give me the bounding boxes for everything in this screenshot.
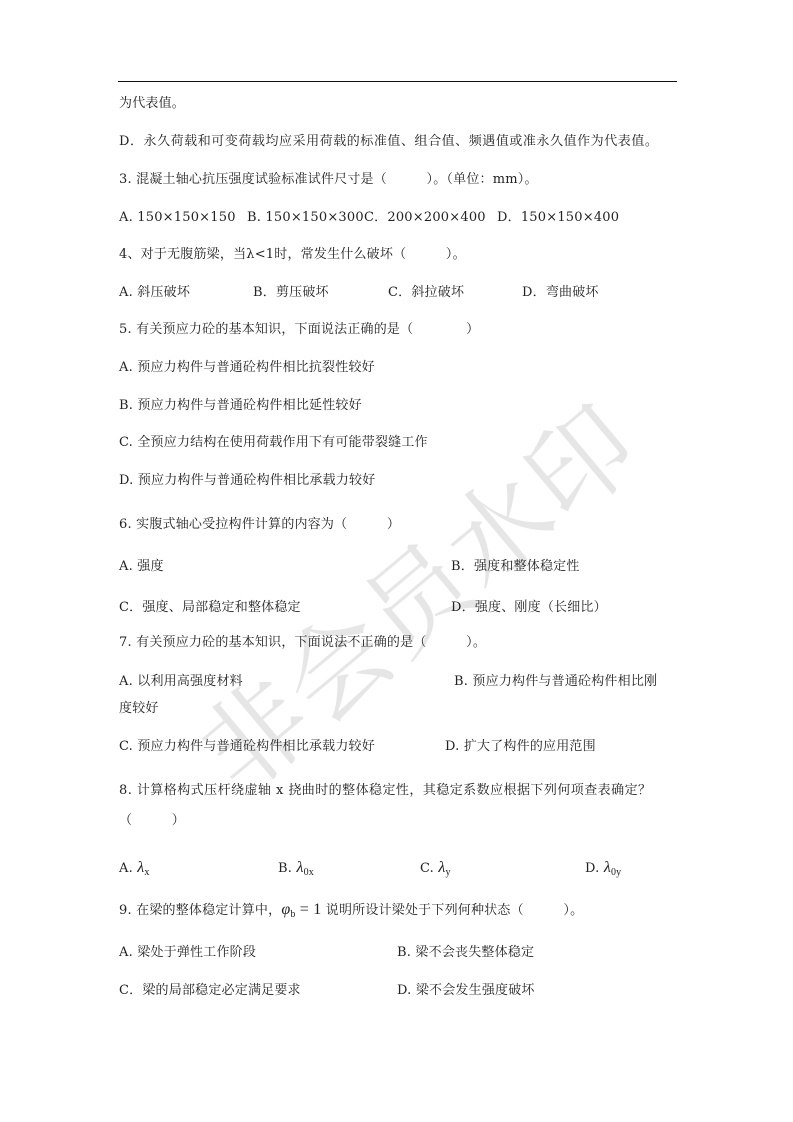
q8-stem: 8. 计算格构式压杆绕虚轴 x 挠曲时的整体稳定性，其稳定系数应根据下列何项查表… <box>119 783 651 799</box>
q2-option-d: D．永久荷载和可变荷载均应采用荷载的标准值、组合值、频遇值或准永久值作为代表值。 <box>119 134 658 150</box>
q8-option-d-label: D. <box>585 861 600 876</box>
q8-stem-blank: （ ） <box>119 813 185 829</box>
lambda-symbol: λy <box>438 859 450 876</box>
continuation-text: 为代表值。 <box>119 96 185 112</box>
q5-option-b: B. 预应力构件与普通砼构件相比延性较好 <box>119 398 362 414</box>
q5-option-c: C. 全预应力结构在使用荷载作用下有可能带裂缝工作 <box>119 435 428 451</box>
q5-option-a: A. 预应力构件与普通砼构件相比抗裂性较好 <box>119 360 375 376</box>
q9-option-a: A. 梁处于弹性工作阶段 <box>119 945 256 961</box>
q5-stem: 5. 有关预应力砼的基本知识，下面说法正确的是（ ） <box>119 322 479 338</box>
q3-option-a: A. 150×150×150 <box>119 210 236 226</box>
lambda-symbol: λx <box>137 859 149 876</box>
q8-option-c: C. λy <box>420 860 451 881</box>
q9-option-c: C．梁的局部稳定必定满足要求 <box>119 983 301 999</box>
lambda-symbol: λ0y <box>604 859 622 876</box>
document-page: 非会员水印 为代表值。 D．永久荷载和可变荷载均应采用荷载的标准值、组合值、频遇… <box>0 0 793 1122</box>
q9-stem-pre: 9. 在梁的整体稳定计算中， <box>119 903 281 918</box>
q3-option-c: C．200×200×400 <box>364 210 486 226</box>
q4-option-d: D．弯曲破坏 <box>522 285 599 301</box>
q8-option-b: B. λ0x <box>278 860 314 881</box>
q9-option-b: B. 梁不会丧失整体稳定 <box>397 945 534 961</box>
q9-option-d: D. 梁不会发生强度破坏 <box>397 983 535 999</box>
q4-option-b: B．剪压破坏 <box>253 285 329 301</box>
q6-option-c: C．强度、局部稳定和整体稳定 <box>119 600 301 616</box>
q3-stem: 3. 混凝土轴心抗压强度试验标准试件尺寸是（ ）。（单位：mm）。 <box>119 172 538 188</box>
lambda-symbol: λ0x <box>296 859 314 876</box>
q7-option-d: D. 扩大了构件的应用范围 <box>445 739 596 755</box>
q8-option-c-label: C. <box>420 861 434 876</box>
q7-option-c: C. 预应力构件与普通砼构件相比承载力较好 <box>119 739 375 755</box>
q3-option-d: D．150×150×400 <box>497 210 619 226</box>
q7-option-b: B. 预应力构件与普通砼构件相比刚 <box>454 674 657 690</box>
header-rule <box>118 81 677 82</box>
q8-option-a: A. λx <box>119 860 150 881</box>
q4-stem: 4、对于无腹筋梁，当λ<1时，常发生什么破坏（ ）。 <box>119 247 466 263</box>
q6-option-d: D．强度、刚度（长细比） <box>451 600 607 616</box>
q9-stem: 9. 在梁的整体稳定计算中，φb = 1 说明所设计梁处于下列何种状态（ ）。 <box>119 902 583 923</box>
q4-option-c: C．斜拉破坏 <box>388 285 464 301</box>
q9-stem-post: 说明所设计梁处于下列何种状态（ ）。 <box>321 903 583 918</box>
q4-option-a: A. 斜压破坏 <box>119 285 190 301</box>
q5-option-d: D. 预应力构件与普通砼构件相比承载力较好 <box>119 473 375 489</box>
q3-option-b: B. 150×150×300 <box>247 210 364 226</box>
q6-option-a: A. 强度 <box>119 559 164 575</box>
q7-option-a: A. 以利用高强度材料 <box>119 674 243 690</box>
phi-b-formula: φb = 1 <box>281 901 321 918</box>
q6-stem: 6. 实腹式轴心受拉构件计算的内容为（ ） <box>119 517 400 533</box>
q6-option-b: B．强度和整体稳定性 <box>451 559 580 575</box>
q8-option-b-label: B. <box>278 861 292 876</box>
q8-option-a-label: A. <box>119 861 133 876</box>
q8-option-d: D. λ0y <box>585 860 621 881</box>
q7-option-b-cont: 度较好 <box>119 701 159 717</box>
q7-stem: 7. 有关预应力砼的基本知识，下面说法不正确的是（ ）。 <box>119 635 486 651</box>
